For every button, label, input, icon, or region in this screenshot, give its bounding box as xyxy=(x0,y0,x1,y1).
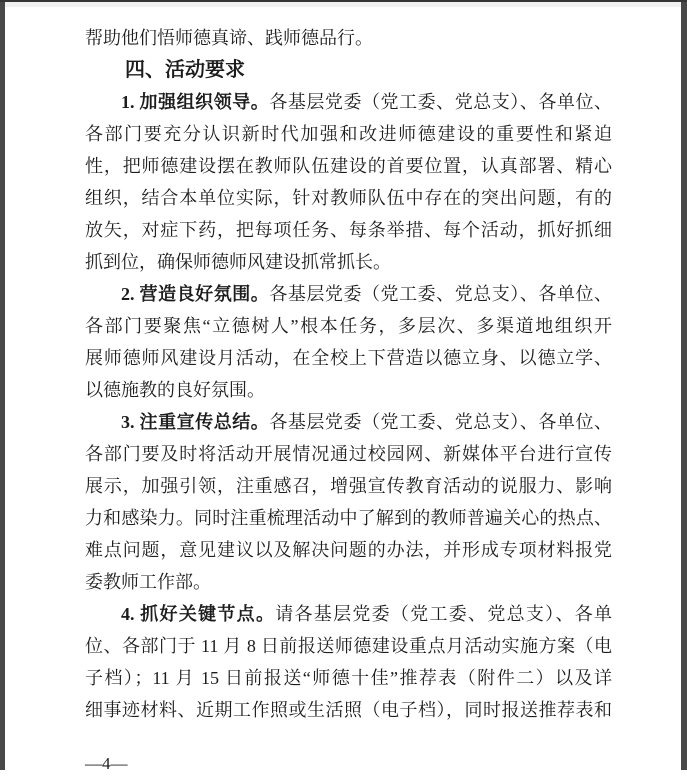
heading-text: 四、活动要求 xyxy=(125,59,245,81)
text-line: 3. 注重宣传总结。各基层党委（党工委、党总支）、各单位、 xyxy=(85,406,612,438)
text-line: 1. 加强组织领导。各基层党委（党工委、党总支）、各单位、 xyxy=(85,86,612,118)
text-line: 位、各部门于 11 月 8 日前报送师德建设重点月活动实施方案（电 xyxy=(85,630,612,662)
page-number: —4— xyxy=(85,754,128,774)
item-lead: 2. 营造良好氛围。 xyxy=(121,284,269,304)
document-body: 帮助他们悟师德真谛、践师德品行。 四、活动要求 1. 加强组织领导。各基层党委（… xyxy=(85,22,612,726)
line-text: 放矢，对症下药，把每项任务、每条举措、每个活动，抓好抓细 xyxy=(85,220,612,240)
line-text: 各基层党委（党工委、党总支）、各单位、 xyxy=(269,92,612,112)
line-text: 帮助他们悟师德真谛、践师德品行。 xyxy=(85,28,373,48)
text-line: 子档）；11 月 15 日前报送“师德十佳”推荐表（附件二）以及详 xyxy=(85,662,612,694)
line-text: 各基层党委（党工委、党总支）、各单位、 xyxy=(269,284,612,304)
text-line: 组织，结合本单位实际，针对教师队伍中存在的突出问题，有的 xyxy=(85,182,612,214)
line-text: 委教师工作部。 xyxy=(85,572,211,592)
line-text: 各基层党委（党工委、党总支）、各单位、 xyxy=(269,412,612,432)
section-heading: 四、活动要求 xyxy=(85,54,612,86)
item-lead: 1. 加强组织领导。 xyxy=(121,92,269,112)
text-line: 展示，加强引领，注重感召，增强宣传教育活动的说服力、影响 xyxy=(85,470,612,502)
text-line: 展师德师风建设月活动，在全校上下营造以德立身、以德立学、 xyxy=(85,342,612,374)
text-line: 各部门要聚焦“立德树人”根本任务，多层次、多渠道地组织开 xyxy=(85,310,612,342)
item-lead: 4. 抓好关键节点。 xyxy=(121,604,275,624)
line-text: 展师德师风建设月活动，在全校上下营造以德立身、以德立学、 xyxy=(85,348,612,368)
text-line: 各部门要充分认识新时代加强和改进师德建设的重要性和紧迫 xyxy=(85,118,612,150)
line-text: 力和感染力。同时注重梳理活动中了解到的教师普遍关心的热点、 xyxy=(85,508,612,528)
line-text: 抓到位，确保师德师风建设抓常抓长。 xyxy=(85,252,391,272)
text-line: 以德施教的良好氛围。 xyxy=(85,374,612,406)
text-line: 4. 抓好关键节点。请各基层党委（党工委、党总支）、各单 xyxy=(85,598,612,630)
line-text: 性，把师德建设摆在教师队伍建设的首要位置，认真部署、精心 xyxy=(85,156,612,176)
line-text: 子档）；11 月 15 日前报送“师德十佳”推荐表（附件二）以及详 xyxy=(85,668,612,688)
document-viewer: 帮助他们悟师德真谛、践师德品行。 四、活动要求 1. 加强组织领导。各基层党委（… xyxy=(0,0,687,779)
line-text: 各部门要及时将活动开展情况通过校园网、新媒体平台进行宣传 xyxy=(85,444,612,464)
text-line: 2. 营造良好氛围。各基层党委（党工委、党总支）、各单位、 xyxy=(85,278,612,310)
line-text: 展示，加强引领，注重感召，增强宣传教育活动的说服力、影响 xyxy=(85,476,612,496)
text-line: 难点问题，意见建议以及解决问题的办法，并形成专项材料报党 xyxy=(85,534,612,566)
viewer-frame-left xyxy=(0,0,5,770)
line-text: 难点问题，意见建议以及解决问题的办法，并形成专项材料报党 xyxy=(85,540,612,560)
viewer-top-strip xyxy=(5,2,681,7)
text-line: 力和感染力。同时注重梳理活动中了解到的教师普遍关心的热点、 xyxy=(85,502,612,534)
text-line: 放矢，对症下药，把每项任务、每条举措、每个活动，抓好抓细 xyxy=(85,214,612,246)
text-line: 委教师工作部。 xyxy=(85,566,612,598)
line-text: 请各基层党委（党工委、党总支）、各单 xyxy=(275,604,612,624)
line-text: 各部门要聚焦“立德树人”根本任务，多层次、多渠道地组织开 xyxy=(85,316,612,336)
line-text: 各部门要充分认识新时代加强和改进师德建设的重要性和紧迫 xyxy=(85,124,612,144)
text-line: 帮助他们悟师德真谛、践师德品行。 xyxy=(85,22,612,54)
line-text: 以德施教的良好氛围。 xyxy=(85,380,265,400)
item-lead: 3. 注重宣传总结。 xyxy=(121,412,269,432)
viewer-frame-right xyxy=(681,0,687,770)
text-line: 性，把师德建设摆在教师队伍建设的首要位置，认真部署、精心 xyxy=(85,150,612,182)
line-text: 细事迹材料、近期工作照或生活照（电子档），同时报送推荐表和 xyxy=(85,700,612,720)
text-line: 细事迹材料、近期工作照或生活照（电子档），同时报送推荐表和 xyxy=(85,694,612,726)
line-text: 组织，结合本单位实际，针对教师队伍中存在的突出问题，有的 xyxy=(85,188,612,208)
text-line: 各部门要及时将活动开展情况通过校园网、新媒体平台进行宣传 xyxy=(85,438,612,470)
text-line: 抓到位，确保师德师风建设抓常抓长。 xyxy=(85,246,612,278)
line-text: 位、各部门于 11 月 8 日前报送师德建设重点月活动实施方案（电 xyxy=(85,636,612,656)
